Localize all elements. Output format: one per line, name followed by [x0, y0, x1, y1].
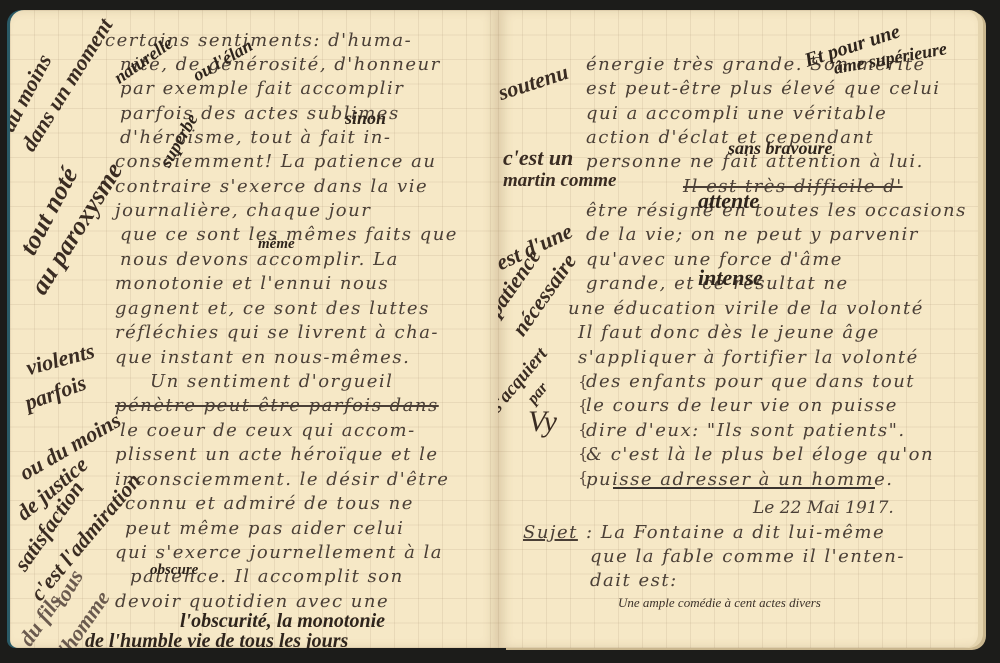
- teacher-note: Une ample comédie à cent actes divers: [618, 595, 821, 611]
- text-line: qui s'exerce journellement à la: [115, 542, 443, 563]
- text-line: gagnent et, ce sont des luttes: [115, 298, 430, 319]
- inline-correction: obscure: [150, 562, 198, 579]
- margin-correction: violents: [23, 338, 97, 381]
- inline-correction: même: [258, 236, 295, 253]
- text-line: & c'est là le plus bel éloge qu'on: [586, 444, 934, 465]
- inline-correction: attente: [698, 188, 759, 214]
- subject-line: que la fable comme il l'enten-: [590, 546, 905, 567]
- text-line: plissent un acte héroïque et le: [115, 444, 439, 465]
- text-line: nité, de générosité, d'honneur: [120, 54, 441, 75]
- text-line: inconsciemment. le désir d'être: [115, 469, 449, 490]
- text-line: réfléchies qui se livrent à cha-: [115, 322, 439, 343]
- text-line: être résigné en toutes les occasions: [586, 200, 967, 221]
- text-line: des enfants pour que dans tout: [586, 371, 915, 392]
- notebook-spread: certains sentiments: d'huma- nité, de gé…: [10, 10, 990, 658]
- text-line: de la vie; on ne peut y parvenir: [586, 224, 919, 245]
- teacher-grade: Vy: [528, 405, 557, 439]
- margin-correction: soutenu: [498, 59, 572, 106]
- subject-line: dait est:: [590, 570, 678, 591]
- inline-correction: sinon: [345, 108, 386, 129]
- text-line: est peut-être plus élevé que celui: [586, 78, 941, 99]
- text-line: le coeur de ceux qui accom-: [120, 420, 416, 441]
- text-line: d'héroïsme, tout à fait in-: [120, 127, 391, 148]
- text-line: journalière, chaque jour: [115, 200, 371, 221]
- inline-correction: sans bravoure: [728, 138, 833, 159]
- section-divider: [613, 487, 875, 489]
- subject-line: : La Fontaine a dit lui-même: [586, 522, 885, 543]
- text-line: contraire s'exerce dans la vie: [115, 176, 428, 197]
- text-line: connu et admiré de tous ne: [125, 493, 414, 514]
- inline-correction: intense: [698, 265, 763, 291]
- text-line: monotonie et l'ennui nous: [115, 273, 389, 294]
- text-line: une éducation virile de la volonté: [568, 298, 924, 319]
- entry-date: Le 22 Mai 1917.: [753, 498, 894, 518]
- inline-correction: de l'humble vie de tous les jours: [85, 630, 348, 648]
- right-page: énergie très grande. Son mérite est peut…: [498, 10, 978, 648]
- text-line-struck: pénètre peut-être parfois dans: [115, 395, 439, 416]
- text-line: s'appliquer à fortifier la volonté: [578, 347, 919, 368]
- subject-label: Sujet: [523, 522, 578, 543]
- text-line: Il faut donc dès le jeune âge: [578, 322, 880, 343]
- text-line: le cours de leur vie on puisse: [586, 395, 898, 416]
- left-page: certains sentiments: d'huma- nité, de gé…: [10, 10, 498, 648]
- margin-correction: c'est un: [503, 145, 573, 171]
- brace-mark: {{{{{: [578, 370, 588, 490]
- text-line: dire d'eux: "Ils sont patients".: [586, 420, 906, 441]
- text-line: Un sentiment d'orgueil: [150, 371, 393, 392]
- margin-correction: martin comme: [503, 170, 616, 192]
- text-line: par exemple fait accomplir: [120, 78, 404, 99]
- text-line: peut même pas aider celui: [125, 518, 404, 539]
- text-line: que instant en nous-mêmes.: [115, 347, 410, 368]
- text-line: devoir quotidien avec une: [115, 591, 389, 612]
- text-line: qui a accompli une véritable: [586, 103, 887, 124]
